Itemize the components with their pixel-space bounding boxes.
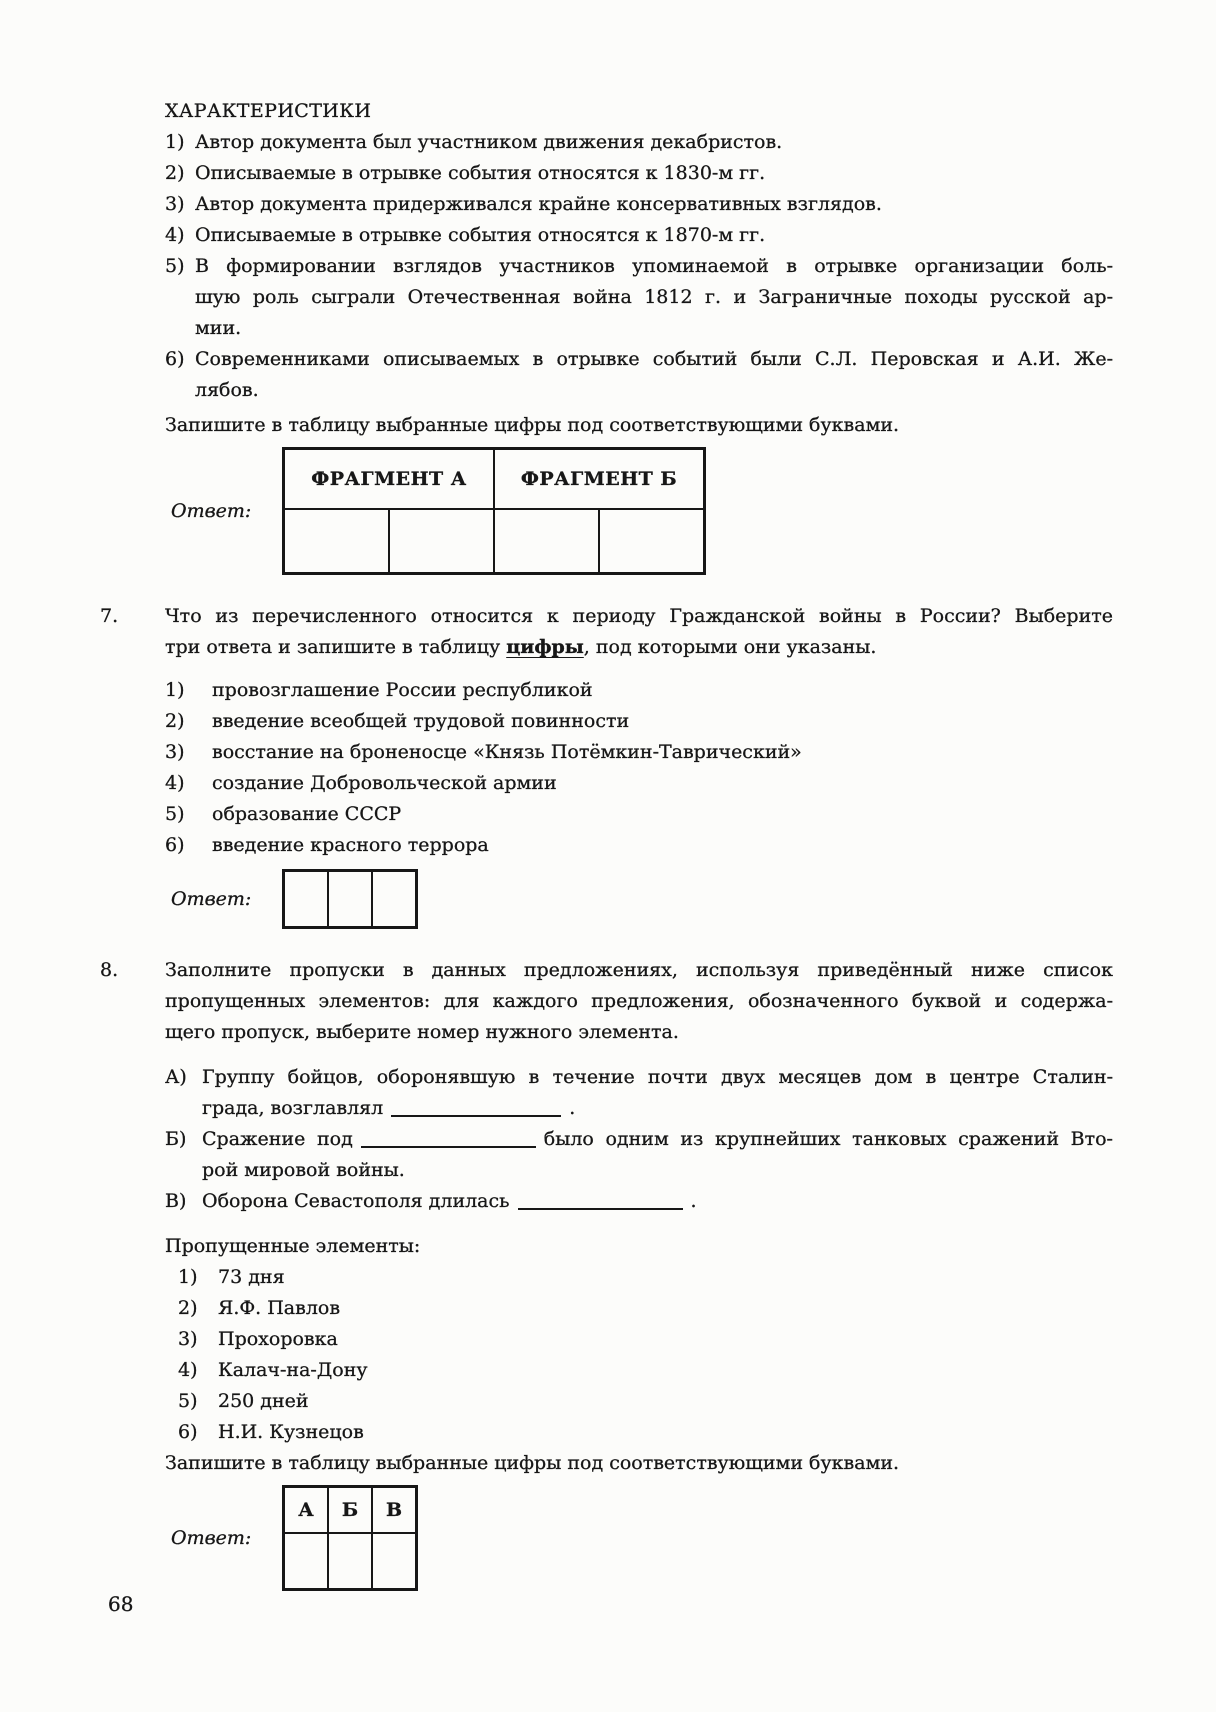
element-2: 2) Я.Ф. Павлов xyxy=(178,1293,1113,1324)
answer-cell xyxy=(328,1533,372,1590)
sentence-a: А) Группу бойцов, оборонявшую в течение … xyxy=(165,1062,1113,1124)
column-header-a: А xyxy=(284,1487,329,1534)
option-number: 4) xyxy=(165,768,212,799)
answer-cell xyxy=(284,1533,329,1590)
option-text: образование СССР xyxy=(212,799,1113,830)
answer-label: Ответ: xyxy=(165,1523,282,1554)
fragment-a-header: ФРАГМЕНТ А xyxy=(284,449,495,510)
item-text-line: В формировании взглядов участников упоми… xyxy=(195,251,1113,282)
item-text: Автор документа придерживался крайне кон… xyxy=(195,189,1113,220)
characteristic-item-3: 3) Автор документа придерживался крайне … xyxy=(165,189,1113,220)
answer-label: Ответ: xyxy=(165,496,282,527)
element-text: Калач-на-Дону xyxy=(218,1355,1113,1386)
item-text: Описываемые в отрывке события относятся … xyxy=(195,158,1113,189)
column-header-b: Б xyxy=(328,1487,372,1534)
option-text: восстание на броненосце «Князь Потёмкин-… xyxy=(212,737,1113,768)
sentence-letter: Б) xyxy=(165,1124,202,1186)
missing-elements-heading: Пропущенные элементы: xyxy=(165,1231,1113,1262)
answer-cell xyxy=(494,509,599,574)
answer-blank xyxy=(518,1206,683,1210)
characteristic-item-5: 5) В формировании взглядов участников уп… xyxy=(165,251,1113,344)
element-6: 6) Н.И. Кузнецов xyxy=(178,1417,1113,1448)
missing-elements-list: 1) 73 дня 2) Я.Ф. Павлов 3) Прохоровка 4… xyxy=(165,1262,1113,1448)
option-number: 6) xyxy=(165,830,212,861)
write-in-table-instruction: Запишите в таблицу выбранные цифры под с… xyxy=(165,1448,1113,1479)
element-number: 1) xyxy=(178,1262,218,1293)
sentence-b: Б) Сражение подбыло одним из крупнейших … xyxy=(165,1124,1113,1186)
item-text: Автор документа был участником движения … xyxy=(195,127,1113,158)
option-1: 1) провозглашение России республикой xyxy=(165,675,1113,706)
item-number: 2) xyxy=(165,158,195,189)
question-number: 8. xyxy=(100,955,118,986)
item-text-line: шую роль сыграли Отечественная война 181… xyxy=(195,282,1113,313)
element-text: Прохоровка xyxy=(218,1324,1113,1355)
fragment-b-header: ФРАГМЕНТ Б xyxy=(494,449,705,510)
options-list: 1) провозглашение России республикой 2) … xyxy=(165,675,1113,861)
characteristics-heading: ХАРАКТЕРИСТИКИ xyxy=(165,96,1113,127)
sentence-text: . xyxy=(569,1097,575,1119)
sentence-text: града, возглавлял xyxy=(202,1097,383,1119)
answer-label: Ответ: xyxy=(165,884,282,915)
element-text: 250 дней xyxy=(218,1386,1113,1417)
answer-table-fragments: ФРАГМЕНТ А ФРАГМЕНТ Б xyxy=(282,447,706,575)
answer-row-q7: Ответ: xyxy=(165,869,1113,929)
page-number: 68 xyxy=(108,1589,133,1620)
element-number: 4) xyxy=(178,1355,218,1386)
answer-cell xyxy=(599,509,705,574)
element-3: 3) Прохоровка xyxy=(178,1324,1113,1355)
characteristic-item-6: 6) Современниками описываемых в отрывке … xyxy=(165,344,1113,406)
sentence-text: Оборона Севастополя длилась xyxy=(202,1190,510,1212)
section-characteristics: ХАРАКТЕРИСТИКИ 1) Автор документа был уч… xyxy=(165,96,1113,575)
sentence-text-line: Группу бойцов, оборонявшую в течение поч… xyxy=(202,1062,1113,1093)
answer-row-q8: Ответ: А Б В xyxy=(165,1485,1113,1591)
option-number: 5) xyxy=(165,799,212,830)
element-number: 3) xyxy=(178,1324,218,1355)
item-number: 4) xyxy=(165,220,195,251)
item-number: 3) xyxy=(165,189,195,220)
element-text: 73 дня xyxy=(218,1262,1113,1293)
item-number: 5) xyxy=(165,251,195,344)
option-4: 4) создание Добровольческой армии xyxy=(165,768,1113,799)
item-text-line: мии. xyxy=(195,313,1113,344)
option-text: создание Добровольческой армии xyxy=(212,768,1113,799)
option-3: 3) восстание на броненосце «Князь Потёмк… xyxy=(165,737,1113,768)
option-5: 5) образование СССР xyxy=(165,799,1113,830)
option-2: 2) введение всеобщей трудовой повинности xyxy=(165,706,1113,737)
answer-blank xyxy=(361,1144,536,1148)
question-7: 7. Что из перечисленного относится к пер… xyxy=(165,601,1113,929)
answer-table-q8: А Б В xyxy=(282,1485,418,1591)
column-header-v: В xyxy=(372,1487,417,1534)
sentence-text: было одним из крупнейших танковых сражен… xyxy=(544,1128,1113,1150)
question-text: , под которыми они указаны. xyxy=(584,636,877,658)
sentence-list: А) Группу бойцов, оборонявшую в течение … xyxy=(165,1062,1113,1217)
sentence-letter: В) xyxy=(165,1186,202,1217)
sentence-text-line: рой мировой войны. xyxy=(202,1155,1113,1186)
item-text: Описываемые в отрывке события относятся … xyxy=(195,220,1113,251)
element-text: Я.Ф. Павлов xyxy=(218,1293,1113,1324)
element-number: 2) xyxy=(178,1293,218,1324)
sentence-text-line: Сражение подбыло одним из крупнейших тан… xyxy=(202,1124,1113,1155)
emphasized-word: цифры xyxy=(506,636,584,658)
element-5: 5) 250 дней xyxy=(178,1386,1113,1417)
answer-cell xyxy=(389,509,494,574)
option-number: 2) xyxy=(165,706,212,737)
element-number: 6) xyxy=(178,1417,218,1448)
answer-cell xyxy=(284,871,329,928)
element-1: 1) 73 дня xyxy=(178,1262,1113,1293)
sentence-text: . xyxy=(691,1190,697,1212)
answer-blank xyxy=(391,1113,561,1117)
sentence-text-line: Оборона Севастополя длилась. xyxy=(202,1186,1113,1217)
write-in-table-instruction: Запишите в таблицу выбранные цифры под с… xyxy=(165,410,1113,441)
item-number: 6) xyxy=(165,344,195,406)
option-number: 1) xyxy=(165,675,212,706)
exam-page: ХАРАКТЕРИСТИКИ 1) Автор документа был уч… xyxy=(0,0,1216,1712)
question-text-line: три ответа и запишите в таблицу цифры, п… xyxy=(165,632,1113,663)
question-number: 7. xyxy=(100,601,118,632)
question-8: 8. Заполните пропуски в данных предложен… xyxy=(165,955,1113,1591)
item-number: 1) xyxy=(165,127,195,158)
answer-cell xyxy=(372,1533,417,1590)
question-text: три ответа и запишите в таблицу xyxy=(165,636,506,658)
item-text-line: лябов. xyxy=(195,375,1113,406)
option-6: 6) введение красного террора xyxy=(165,830,1113,861)
characteristic-item-2: 2) Описываемые в отрывке события относят… xyxy=(165,158,1113,189)
sentence-text: Сражение под xyxy=(202,1128,353,1150)
answer-table-q7 xyxy=(282,869,418,929)
option-text: введение всеобщей трудовой повинности xyxy=(212,706,1113,737)
answer-row-fragments: Ответ: ФРАГМЕНТ А ФРАГМЕНТ Б xyxy=(165,447,1113,575)
characteristic-item-1: 1) Автор документа был участником движен… xyxy=(165,127,1113,158)
option-text: провозглашение России республикой xyxy=(212,675,1113,706)
answer-cell xyxy=(284,509,390,574)
element-text: Н.И. Кузнецов xyxy=(218,1417,1113,1448)
question-text-line: Заполните пропуски в данных предложениях… xyxy=(165,955,1113,986)
sentence-v: В) Оборона Севастополя длилась. xyxy=(165,1186,1113,1217)
sentence-text-line: града, возглавлял. xyxy=(202,1093,1113,1124)
characteristic-item-4: 4) Описываемые в отрывке события относят… xyxy=(165,220,1113,251)
option-number: 3) xyxy=(165,737,212,768)
question-text-line: Что из перечисленного относится к период… xyxy=(165,601,1113,632)
item-text-line: Современниками описываемых в отрывке соб… xyxy=(195,344,1113,375)
answer-cell xyxy=(328,871,372,928)
sentence-letter: А) xyxy=(165,1062,202,1124)
question-text-line: щего пропуск, выберите номер нужного эле… xyxy=(165,1017,1113,1048)
element-4: 4) Калач-на-Дону xyxy=(178,1355,1113,1386)
question-text-line: пропущенных элементов: для каждого предл… xyxy=(165,986,1113,1017)
answer-cell xyxy=(372,871,417,928)
option-text: введение красного террора xyxy=(212,830,1113,861)
element-number: 5) xyxy=(178,1386,218,1417)
